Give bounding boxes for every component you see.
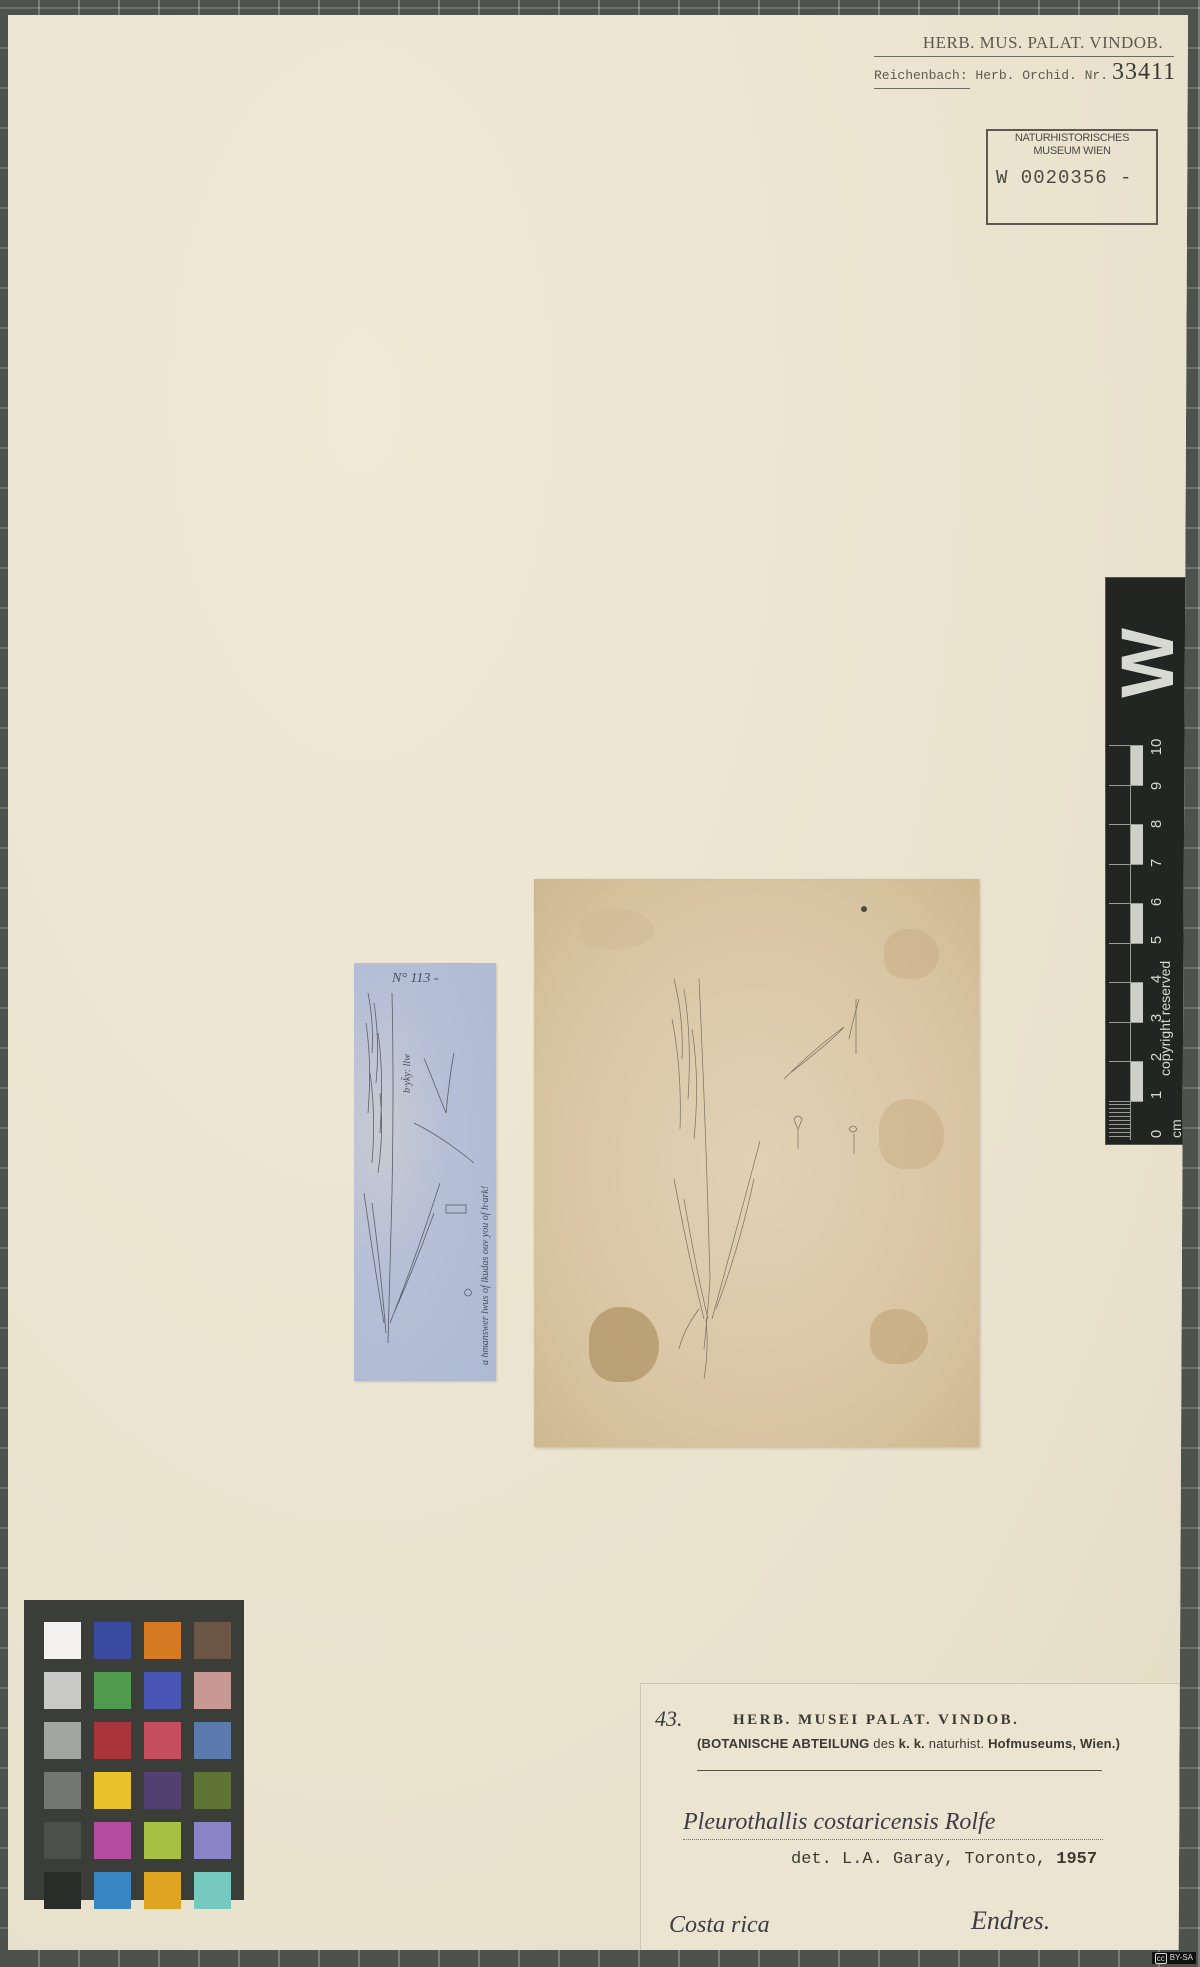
color-patch	[194, 1822, 231, 1859]
scale-segment	[1109, 824, 1143, 864]
sketch-number: N° 113 -	[392, 971, 439, 987]
specimen-id-stamp: NATURHISTORISCHES MUSEUM WIEN W 0020356 …	[986, 129, 1158, 225]
header-stamp: HERB. MUS. PALAT. VINDOB. Reichenbach: H…	[868, 33, 1198, 89]
stamp-institution-2: MUSEUM WIEN	[988, 146, 1156, 157]
orchid-sketch-drawing	[534, 879, 979, 1447]
label-department-part: naturhist.	[925, 1736, 988, 1751]
license-text: BY-SA	[1170, 1952, 1193, 1964]
color-patch	[144, 1622, 181, 1659]
label-handwritten-number: 43.	[655, 1706, 683, 1732]
color-patch	[44, 1622, 81, 1659]
scale-tick-label: 10	[1148, 736, 1166, 758]
color-patch	[44, 1772, 81, 1809]
museum-logo: W	[1103, 635, 1193, 691]
color-patch	[144, 1722, 181, 1759]
label-rule	[697, 1770, 1102, 1771]
scale-segment	[1109, 1101, 1143, 1141]
scale-tick-label: 7	[1148, 852, 1166, 874]
label-institution: HERB. MUSEI PALAT. VINDOB.	[733, 1712, 1019, 1729]
orchid-sketch-drawing	[354, 963, 496, 1381]
stamp-institution-1: NATURHISTORISCHES	[988, 133, 1156, 144]
collection-prefix: Reichenbach: Herb. Orchid. Nr.	[874, 68, 1108, 83]
color-patch	[144, 1772, 181, 1809]
label-department: (BOTANISCHE ABTEILUNG des k. k. naturhis…	[697, 1736, 1120, 1751]
determination: det. L.A. Garay, Toronto, 1957	[791, 1850, 1097, 1869]
scale-segment	[1109, 745, 1143, 785]
label-dotted-line	[683, 1839, 1103, 1840]
sketch-note-2: a hmanswer lwus of lkudas ouv you of h·a…	[480, 975, 491, 1365]
color-patch	[94, 1772, 131, 1809]
color-patch	[194, 1622, 231, 1659]
scale-tick-label: 0	[1148, 1123, 1166, 1145]
locality: Costa rica	[669, 1912, 770, 1939]
color-patch	[44, 1872, 81, 1909]
header-collection: Reichenbach: Herb. Orchid. Nr. 33411	[868, 59, 1198, 86]
color-patch	[44, 1822, 81, 1859]
sketch-note-1: b·yk̄y: llw	[402, 1013, 413, 1093]
color-calibration-chart	[24, 1600, 244, 1900]
color-patch	[94, 1672, 131, 1709]
blue-paper-sketch: N° 113 - b·yk̄y: llw a hmanswer lwus of …	[354, 963, 496, 1381]
color-patch	[194, 1722, 231, 1759]
color-patch	[194, 1772, 231, 1809]
cc-icon: cc	[1155, 1953, 1167, 1964]
header-rule	[874, 56, 1174, 57]
determination-text: det. L.A. Garay, Toronto,	[791, 1850, 1056, 1869]
scale-tick-label: 8	[1148, 813, 1166, 835]
scale-segment	[1109, 785, 1143, 825]
taxon-name: Pleurothallis costaricensis Rolfe	[683, 1809, 995, 1836]
tan-paper-sketch	[534, 879, 979, 1447]
label-department-part: des	[869, 1736, 898, 1751]
color-patch	[144, 1672, 181, 1709]
specimen-id: W 0020356 -	[996, 167, 1156, 189]
color-patch	[94, 1872, 131, 1909]
scale-segment	[1109, 982, 1143, 1022]
collection-number: 33411	[1112, 59, 1176, 86]
herbarium-label: 43. HERB. MUSEI PALAT. VINDOB. (BOTANISC…	[640, 1683, 1180, 1965]
color-patch	[144, 1822, 181, 1859]
scale-segment	[1109, 1022, 1143, 1062]
license-badge: cc BY-SA	[1152, 1952, 1196, 1964]
scale-segment	[1109, 1061, 1143, 1101]
color-patch	[44, 1672, 81, 1709]
color-patch	[94, 1622, 131, 1659]
collector: Endres.	[971, 1906, 1050, 1936]
scale-unit: cm	[1168, 1108, 1186, 1138]
determination-year: 1957	[1056, 1850, 1097, 1869]
scale-tick-label: 9	[1148, 775, 1166, 797]
color-patch	[194, 1872, 231, 1909]
scale-ticks	[1109, 745, 1143, 1140]
copyright-notice: copyright reserved	[1150, 918, 1180, 1118]
scale-bar: W 0 1 2 3 4 5 6 7 8 9 10 copyright reser	[1105, 577, 1189, 1145]
header-institution: HERB. MUS. PALAT. VINDOB.	[868, 33, 1198, 53]
scale-segment	[1109, 864, 1143, 904]
label-department-part: (BOTANISCHE ABTEILUNG	[697, 1736, 869, 1751]
header-underline	[874, 88, 970, 89]
scale-segment	[1109, 903, 1143, 943]
color-patch	[94, 1822, 131, 1859]
label-department-part: Hofmuseums, Wien.)	[988, 1736, 1120, 1751]
color-patch	[44, 1722, 81, 1759]
color-patch	[94, 1722, 131, 1759]
scale-tick-label: 6	[1148, 891, 1166, 913]
label-department-part: k. k.	[899, 1736, 925, 1751]
scale-segment	[1109, 943, 1143, 983]
color-patch	[144, 1872, 181, 1909]
color-patch	[194, 1672, 231, 1709]
